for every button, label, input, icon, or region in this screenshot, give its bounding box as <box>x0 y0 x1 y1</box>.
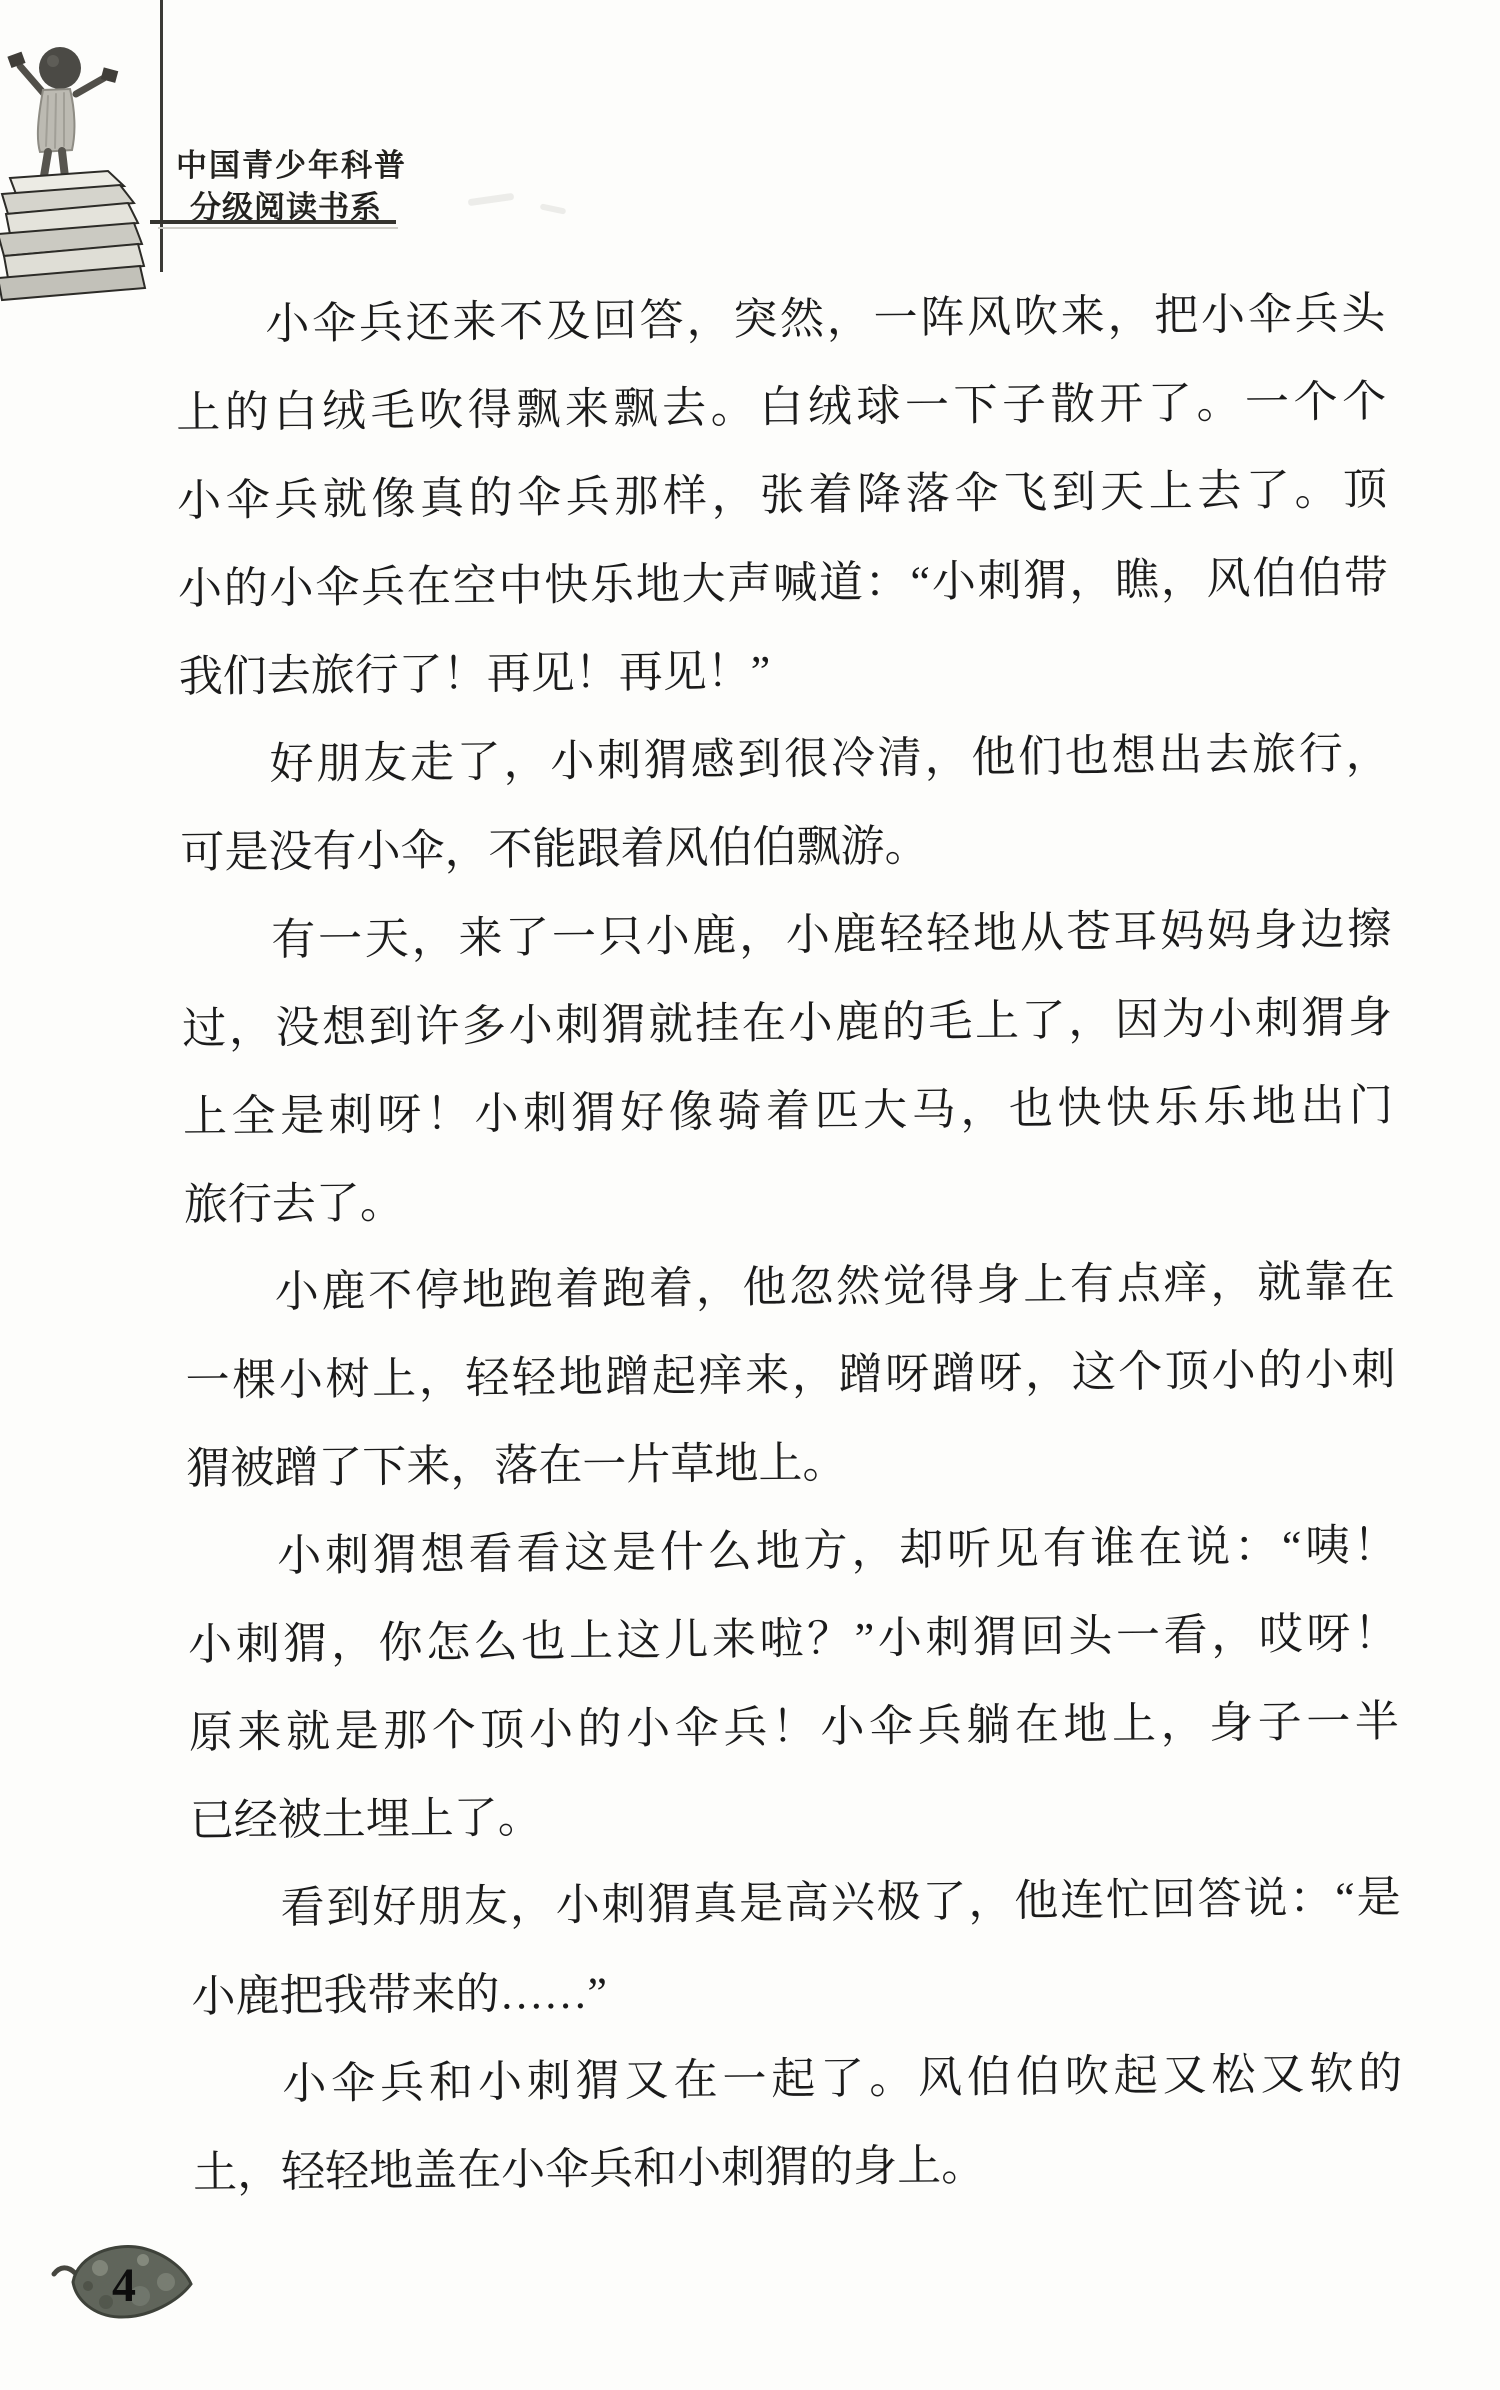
scan-smudge <box>468 193 515 206</box>
text-line: 有一天，来了一只小鹿，小鹿轻轻地从苍耳妈妈身边擦 <box>181 886 1392 986</box>
text-line: 小刺猬，你怎么也上这儿来啦？”小刺猬回头一看，哎呀！ <box>188 1590 1399 1690</box>
text-line: 过，没想到许多小刺猬就挂在小鹿的毛上了，因为小刺猬身 <box>182 974 1393 1074</box>
page-number: 4 <box>112 2259 136 2312</box>
text-line: 小鹿不停地跑着跑着，他忽然觉得身上有点痒，就靠在 <box>184 1238 1395 1338</box>
header-vertical-divider <box>160 0 163 272</box>
text-line: 土，轻轻地盖在小伞兵和小刺猬的身上。 <box>193 2118 1404 2218</box>
series-title-line1: 中国青少年科普 <box>176 140 407 185</box>
book-page: { "page": { "paper_color": "#fdfdfb", "i… <box>0 0 1500 2390</box>
text-line: 小伞兵和小刺猬又在一起了。风伯伯吹起又松又软的 <box>192 2030 1403 2130</box>
text-line: 一棵小树上，轻轻地蹭起痒来，蹭呀蹭呀，这个顶小的小刺 <box>185 1326 1396 1426</box>
text-line: 上全是刺呀！小刺猬好像骑着匹大马，也快快乐乐地出门 <box>183 1062 1394 1162</box>
text-line: 好朋友走了，小刺猬感到很冷清，他们也想出去旅行， <box>179 710 1390 810</box>
child-on-books-icon <box>0 26 148 314</box>
text-line: 原来就是那个顶小的小伞兵！小伞兵躺在地上，身子一半 <box>189 1678 1400 1778</box>
text-line: 小伞兵还来不及回答，突然，一阵风吹来，把小伞兵头 <box>175 270 1386 370</box>
text-line: 旅行去了。 <box>183 1150 1394 1250</box>
header-underline-shadow <box>158 227 398 229</box>
text-line: 已经被土埋上了。 <box>189 1766 1400 1866</box>
leaf-icon: 4 <box>48 2238 200 2340</box>
header-underline <box>150 220 396 224</box>
text-line: 小伞兵就像真的伞兵那样，张着降落伞飞到天上去了。顶 <box>177 446 1388 546</box>
text-line: 小刺猬想看看这是什么地方，却听见有谁在说：“咦！ <box>187 1502 1398 1602</box>
text-line: 看到好朋友，小刺猬真是高兴极了，他连忙回答说：“是 <box>190 1854 1401 1954</box>
text-line: 可是没有小伞，不能跟着风伯伯飘游。 <box>180 798 1391 898</box>
text-line: 我们去旅行了！再见！再见！” <box>178 622 1389 722</box>
text-line: 小鹿把我带来的……” <box>191 1942 1402 2042</box>
text-line: 上的白绒毛吹得飘来飘去。白绒球一下子散开了。一个个 <box>176 358 1387 458</box>
text-line: 猬被蹭了下来，落在一片草地上。 <box>186 1414 1397 1514</box>
story-text: 小伞兵还来不及回答，突然，一阵风吹来，把小伞兵头 上的白绒毛吹得飘来飘去。白绒球… <box>175 270 1404 2218</box>
scan-smudge <box>540 203 567 214</box>
text-line: 小的小伞兵在空中快乐地大声喊道：“小刺猬，瞧，风伯伯带 <box>178 534 1389 634</box>
